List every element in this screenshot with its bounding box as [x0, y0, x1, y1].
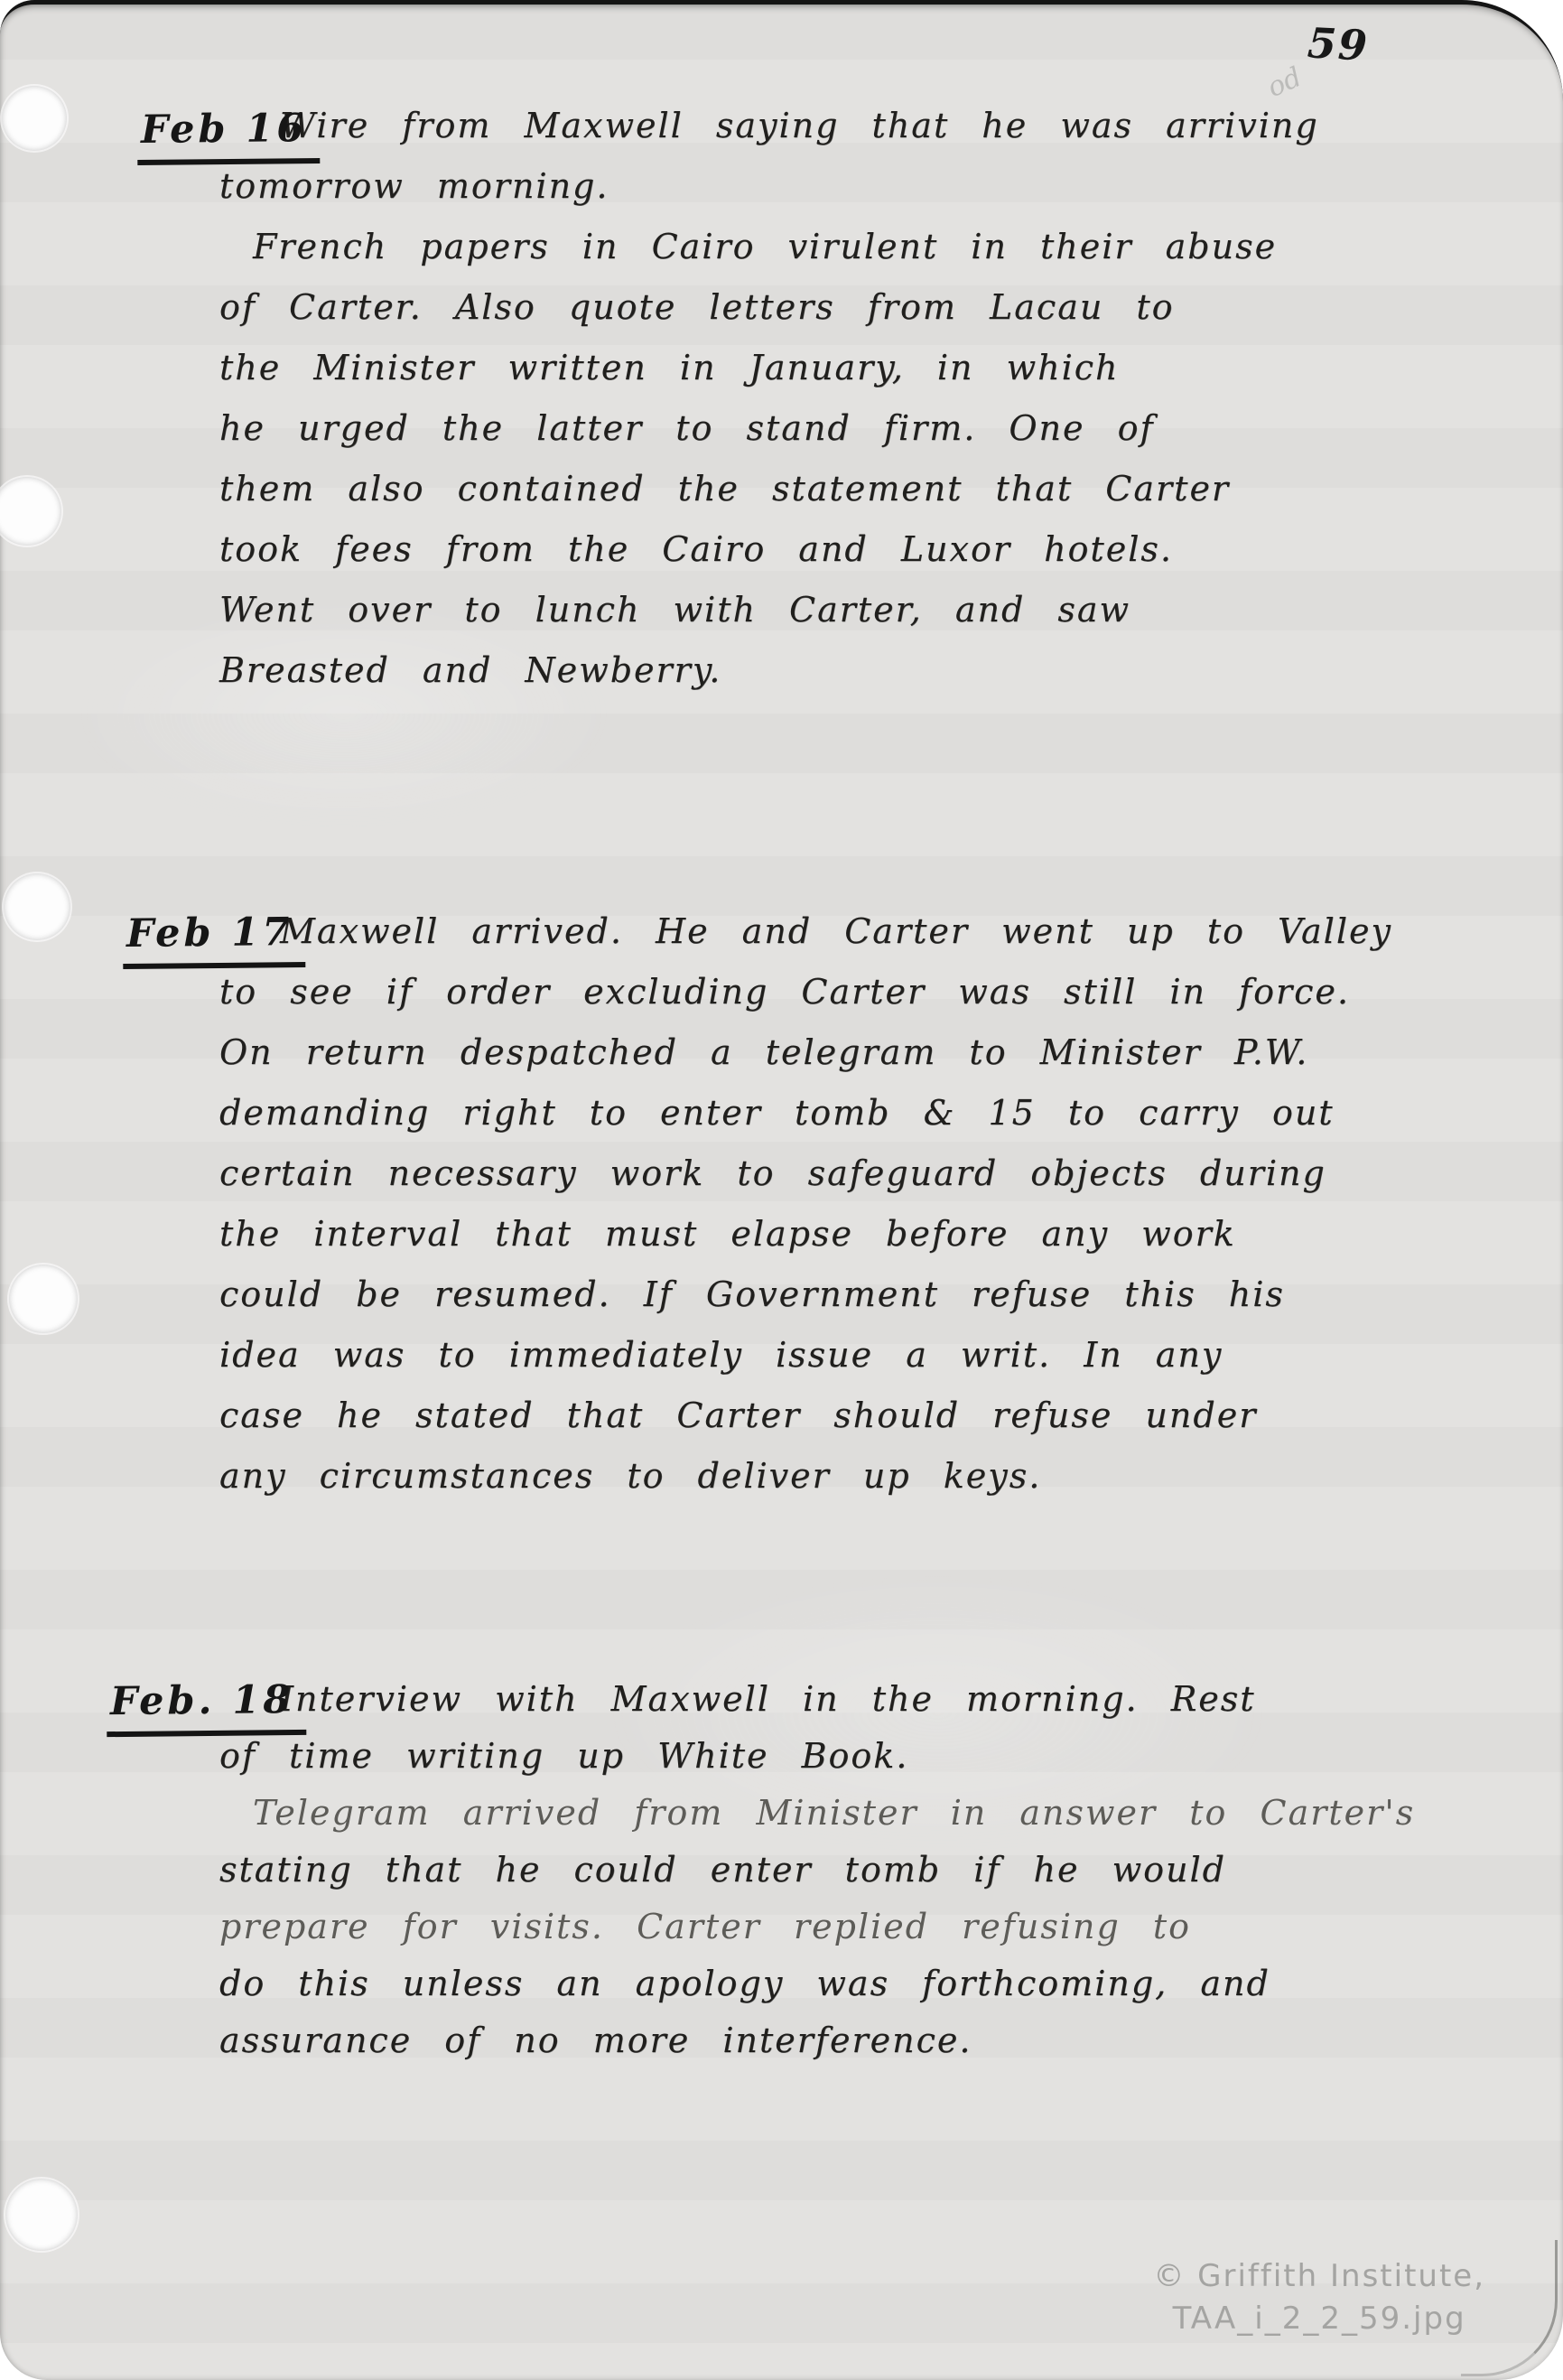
handwriting-line: French papers in Cairo virulent in their… — [0, 217, 1511, 277]
handwriting-text: the interval that must elapse before any… — [219, 1214, 1236, 1254]
copyright-watermark: © Griffith Institute, TAA_i_2_2_59.jpg — [1153, 2255, 1485, 2340]
handwriting-text: of time writing up White Book. — [219, 1736, 908, 1776]
handwriting-text: demanding right to enter tomb & 15 to ca… — [219, 1093, 1335, 1133]
entry-date: Feb 17 — [123, 910, 306, 969]
handwriting-text: idea was to immediately issue a writ. In… — [219, 1335, 1223, 1375]
punch-hole — [5, 2179, 78, 2251]
handwriting-line: the Minister written in January, in whic… — [0, 338, 1511, 398]
diary-entry-feb-16: Feb 16 Wire from Maxwell saying that he … — [0, 96, 1511, 701]
diary-entry-feb-18: Feb. 18 Interview with Maxwell in the mo… — [0, 1671, 1511, 2069]
handwriting-line: any circumstances to deliver up keys. — [0, 1446, 1511, 1507]
handwriting-line: Telegram arrived from Minister in answer… — [0, 1785, 1511, 1842]
handwriting-line: to see if order excluding Carter was sti… — [0, 962, 1511, 1022]
handwriting-line: assurance of no more interference. — [0, 2012, 1511, 2069]
handwriting-line: demanding right to enter tomb & 15 to ca… — [0, 1083, 1511, 1143]
handwriting-line: of Carter. Also quote letters from Lacau… — [0, 277, 1511, 338]
handwriting-text: he urged the latter to stand firm. One o… — [219, 408, 1155, 448]
handwriting-line: stating that he could enter tomb if he w… — [0, 1842, 1511, 1899]
handwriting-text: case he stated that Carter should refuse… — [219, 1395, 1257, 1435]
handwriting-text: Maxwell arrived. He and Carter went up t… — [280, 911, 1392, 951]
handwriting-text: assurance of no more interference. — [219, 2021, 972, 2060]
handwriting-line: prepare for visits. Carter replied refus… — [0, 1899, 1511, 1955]
watermark-line-2: TAA_i_2_2_59.jpg — [1153, 2298, 1485, 2340]
entry-date: Feb 16 — [137, 106, 321, 165]
handwriting-line: could be resumed. If Government refuse t… — [0, 1265, 1511, 1325]
handwriting-line: of time writing up White Book. — [0, 1728, 1511, 1785]
handwriting-text: took fees from the Cairo and Luxor hotel… — [219, 529, 1173, 569]
entry-body: Maxwell arrived. He and Carter went up t… — [0, 901, 1511, 1507]
handwriting-line: tomorrow morning. — [0, 156, 1511, 217]
handwriting-line: idea was to immediately issue a writ. In… — [0, 1325, 1511, 1386]
handwriting-text: Went over to lunch with Carter, and saw — [219, 590, 1130, 630]
handwriting-line: Breasted and Newberry. — [0, 640, 1511, 701]
handwriting-text: French papers in Cairo virulent in their… — [253, 227, 1277, 266]
handwriting-text: to see if order excluding Carter was sti… — [219, 972, 1350, 1012]
handwriting-text: the Minister written in January, in whic… — [219, 348, 1120, 387]
page-number: 59 — [1307, 18, 1371, 70]
diary-entry-feb-17: Feb 17 Maxwell arrived. He and Carter we… — [0, 901, 1511, 1507]
handwriting-text: them also contained the statement that C… — [219, 469, 1230, 509]
handwriting-line: he urged the latter to stand firm. One o… — [0, 398, 1511, 459]
handwriting-text: Interview with Maxwell in the morning. R… — [280, 1679, 1256, 1719]
handwriting-text: Breasted and Newberry. — [219, 650, 721, 690]
handwriting-text: tomorrow morning. — [219, 166, 609, 206]
handwriting-text: Wire from Maxwell saying that he was arr… — [280, 106, 1319, 145]
handwriting-text: On return despatched a telegram to Minis… — [219, 1032, 1308, 1072]
handwriting-line: On return despatched a telegram to Minis… — [0, 1022, 1511, 1083]
handwriting-text: of Carter. Also quote letters from Lacau… — [219, 287, 1175, 327]
watermark-line-1: © Griffith Institute, — [1153, 2255, 1485, 2298]
handwriting-text: could be resumed. If Government refuse t… — [219, 1274, 1285, 1314]
handwriting-line: the interval that must elapse before any… — [0, 1204, 1511, 1265]
handwriting-text: any circumstances to deliver up keys. — [219, 1456, 1041, 1496]
handwriting-text: certain necessary work to safeguard obje… — [219, 1153, 1326, 1193]
handwriting-line: case he stated that Carter should refuse… — [0, 1386, 1511, 1446]
handwriting-line: certain necessary work to safeguard obje… — [0, 1143, 1511, 1204]
entry-date: Feb. 18 — [107, 1677, 307, 1737]
handwriting-line: Went over to lunch with Carter, and saw — [0, 580, 1511, 640]
handwriting-text: prepare for visits. Carter replied refus… — [219, 1907, 1191, 1946]
scanned-diary-page: 59 od Feb 16 Wire from Maxwell saying th… — [0, 0, 1563, 2380]
handwriting-line: do this unless an apology was forthcomin… — [0, 1955, 1511, 2012]
handwriting-text: Telegram arrived from Minister in answer… — [253, 1793, 1415, 1833]
handwriting-text: stating that he could enter tomb if he w… — [219, 1850, 1226, 1890]
entry-body: Wire from Maxwell saying that he was arr… — [0, 96, 1511, 701]
handwriting-text: do this unless an apology was forthcomin… — [219, 1964, 1270, 2003]
handwriting-line: took fees from the Cairo and Luxor hotel… — [0, 519, 1511, 580]
handwriting-line: them also contained the statement that C… — [0, 459, 1511, 519]
